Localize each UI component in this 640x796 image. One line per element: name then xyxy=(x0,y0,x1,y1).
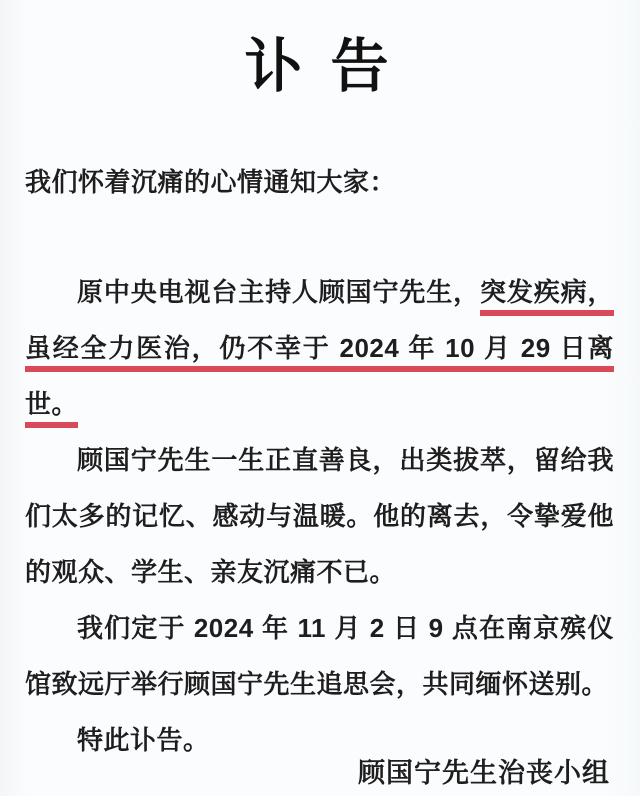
death-announcement-lead: 原中央电视台主持人顾国宁先生， xyxy=(77,277,480,307)
page-title: 讣 告 xyxy=(25,30,614,104)
opening-line: 我们怀着沉痛的心情通知大家： xyxy=(25,154,614,210)
paragraph-death-announcement: 原中央电视台主持人顾国宁先生，突发疾病，虽经全力医治，仍不幸于 2024 年 1… xyxy=(25,264,614,432)
signature-funeral-committee: 顾国宁先生治丧小组 xyxy=(358,751,610,790)
paragraph-memorial-arrangement: 我们定于 2024 年 11 月 2 日 9 点在南京殡仪馆致远厅举行顾国宁先生… xyxy=(25,600,614,712)
paragraph-tribute: 顾国宁先生一生正直善良，出类拔萃，留给我们太多的记忆、感动与温暖。他的离去，令挚… xyxy=(25,432,614,600)
obituary-page: 讣 告 我们怀着沉痛的心情通知大家： 原中央电视台主持人顾国宁先生，突发疾病，虽… xyxy=(0,0,640,796)
notice-body: 我们怀着沉痛的心情通知大家： 原中央电视台主持人顾国宁先生，突发疾病，虽经全力医… xyxy=(25,154,614,768)
